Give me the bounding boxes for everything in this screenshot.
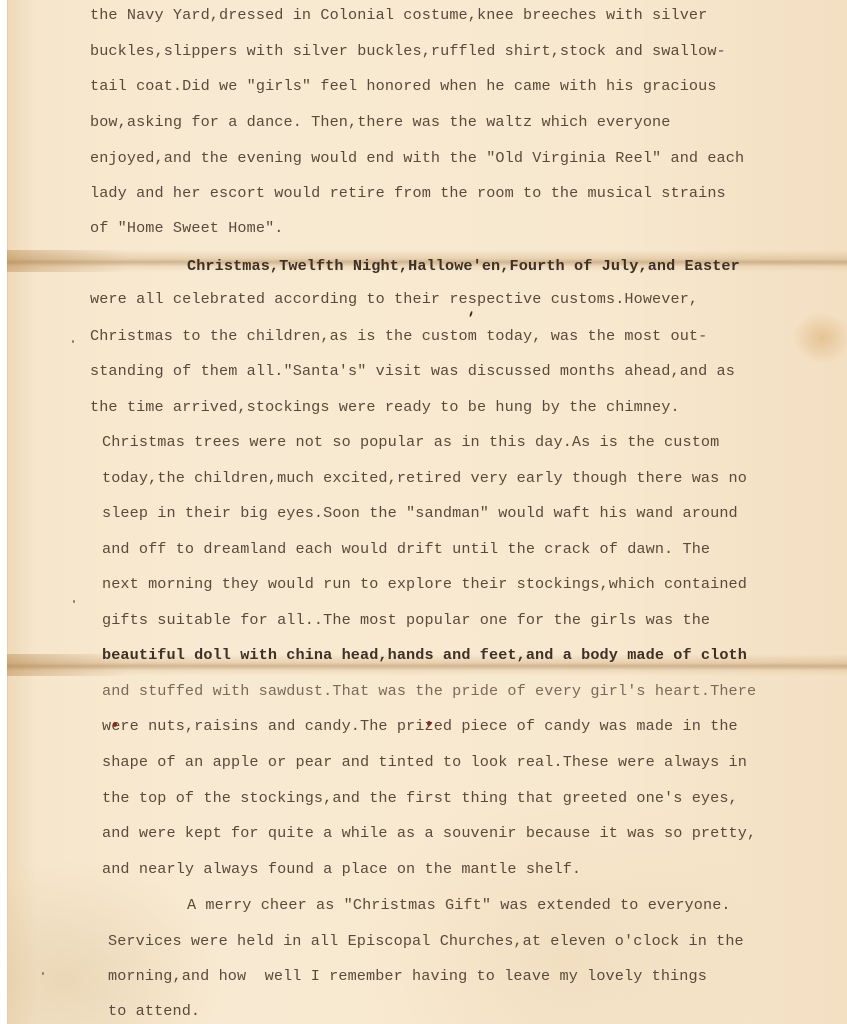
text-line: sleep in their big eyes.Soon the "sandma… bbox=[102, 504, 738, 522]
text-line: buckles,slippers with silver buckles,ruf… bbox=[90, 42, 726, 60]
text-line: of "Home Sweet Home". bbox=[90, 219, 284, 237]
text-line: Christmas to the children,as is the cust… bbox=[90, 327, 707, 345]
text-line: gifts suitable for all..The most popular… bbox=[102, 611, 710, 629]
text-line: next morning they would run to explore t… bbox=[102, 575, 747, 593]
text-line: beautiful doll with china head,hands and… bbox=[102, 646, 747, 664]
ink-speck bbox=[73, 600, 75, 603]
text-line: the top of the stockings,and the first t… bbox=[102, 789, 738, 807]
text-line: enjoyed,and the evening would end with t… bbox=[90, 149, 744, 167]
text-line: shape of an apple or pear and tinted to … bbox=[102, 753, 747, 771]
text-line: A merry cheer as "Christmas Gift" was ex… bbox=[187, 896, 731, 914]
text-line: to attend. bbox=[108, 1002, 200, 1020]
red-ink-mark bbox=[113, 722, 117, 727]
ink-speck bbox=[42, 972, 44, 975]
text-line: lady and her escort would retire from th… bbox=[90, 184, 726, 202]
text-line: Services were held in all Episcopal Chur… bbox=[108, 932, 744, 950]
text-line: and were kept for quite a while as a sou… bbox=[102, 824, 756, 842]
text-line: the Navy Yard,dressed in Colonial costum… bbox=[90, 6, 707, 24]
red-ink-mark bbox=[427, 721, 431, 726]
text-line: and off to dreamland each would drift un… bbox=[102, 540, 710, 558]
text-line: the time arrived,stockings were ready to… bbox=[90, 398, 680, 416]
text-line: morning,and how well I remember having t… bbox=[108, 967, 707, 985]
text-line: Christmas trees were not so popular as i… bbox=[102, 433, 719, 451]
text-line: and stuffed with sawdust.That was the pr… bbox=[102, 682, 756, 700]
text-line: standing of them all."Santa's" visit was… bbox=[90, 362, 735, 380]
text-line: were nuts,raisins and candy.The prized p… bbox=[102, 717, 738, 735]
text-line: were all celebrated according to their r… bbox=[90, 290, 698, 308]
ink-speck bbox=[72, 340, 74, 343]
text-line: bow,asking for a dance. Then,there was t… bbox=[90, 113, 670, 131]
text-line: today,the children,much excited,retired … bbox=[102, 469, 747, 487]
text-line: Christmas,Twelfth Night,Hallowe'en,Fourt… bbox=[187, 257, 740, 275]
text-line: and nearly always found a place on the m… bbox=[102, 860, 581, 878]
text-line: tail coat.Did we "girls" feel honored wh… bbox=[90, 77, 717, 95]
